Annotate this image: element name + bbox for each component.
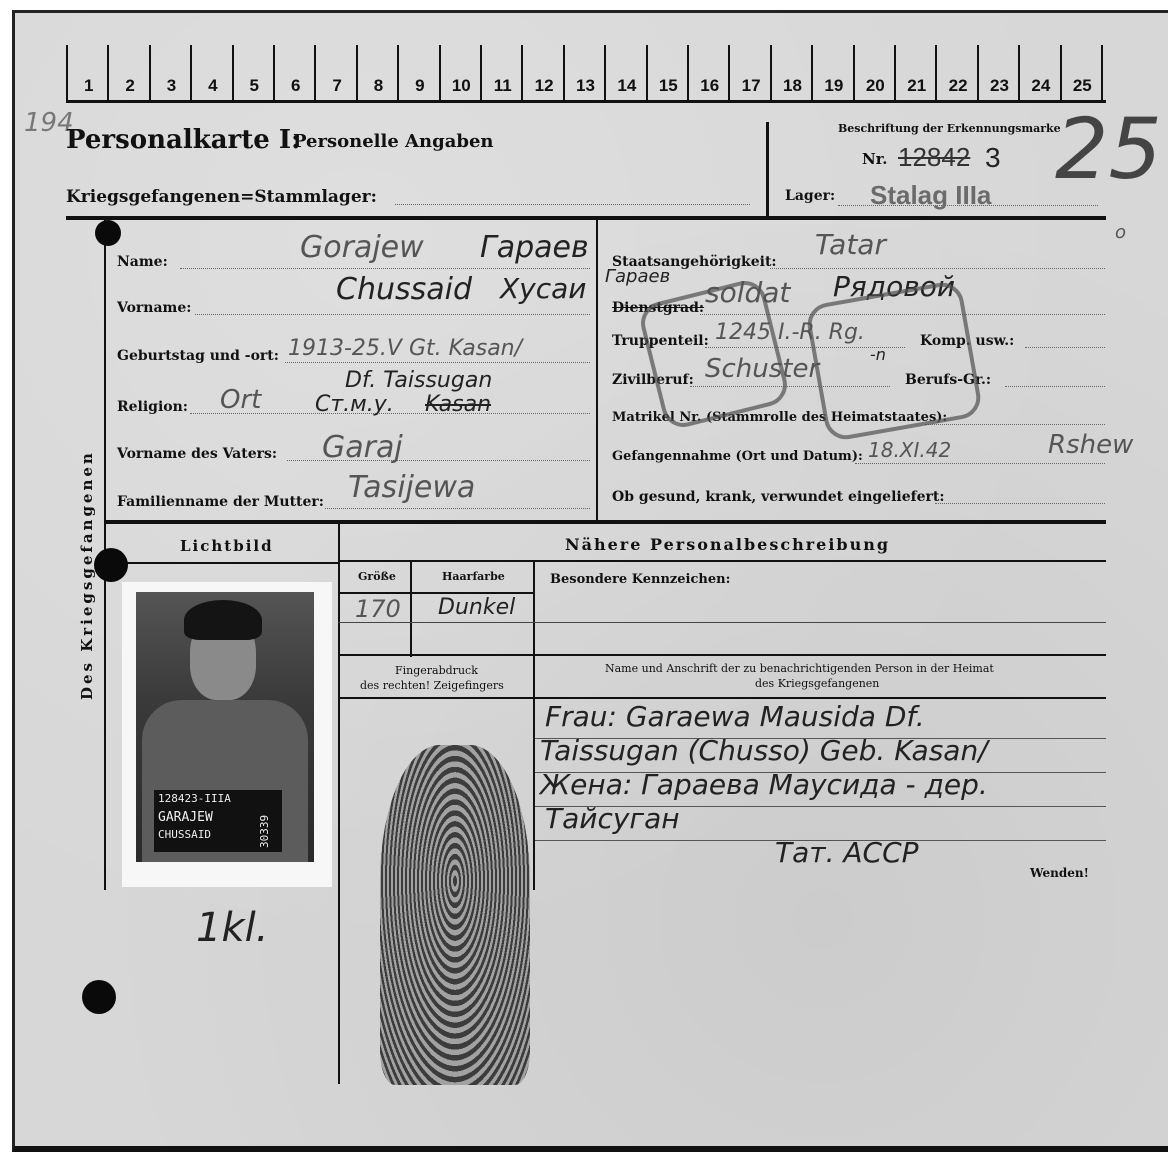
berufs-line xyxy=(1005,386,1105,387)
ruler-cell: 22 xyxy=(935,45,978,100)
mutter-line xyxy=(325,508,590,509)
ruler-number: 6 xyxy=(275,76,316,96)
card-subtitle: Personelle Angaben xyxy=(293,131,494,152)
gesund-line xyxy=(935,503,1105,504)
ruler-number: 8 xyxy=(358,76,399,96)
fingerprint xyxy=(380,745,530,1085)
lichtbild-rule xyxy=(104,562,338,564)
punch-hole xyxy=(82,980,116,1014)
lager-stamp: Stalag IIIa xyxy=(870,180,991,211)
gefangennahme-place: Rshew xyxy=(1048,430,1133,460)
gefangennahme-label: Gefangennahme (Ort und Datum): xyxy=(612,449,863,464)
ruler-number: 20 xyxy=(855,76,896,96)
ruler-number: 1 xyxy=(68,76,109,96)
ruler-cell: 7 xyxy=(314,45,357,100)
ruler-cell: 10 xyxy=(439,45,482,100)
ruler-cell: 3 xyxy=(149,45,192,100)
ruler-end xyxy=(1101,45,1103,100)
kennzeichen-label: Besondere Kennzeichen: xyxy=(550,572,730,587)
staats-line xyxy=(770,268,1105,269)
vater-value: Garaj xyxy=(322,430,403,465)
groesse-label: Größe xyxy=(358,570,396,583)
ruler-cell: 2 xyxy=(107,45,150,100)
bottom-note: 1kl. xyxy=(196,905,268,951)
vater-label: Vorname des Vaters: xyxy=(117,446,277,462)
ruler-cell: 12 xyxy=(521,45,564,100)
vorname-value: Chussaid xyxy=(336,272,472,307)
groesse-header-rule xyxy=(338,592,533,594)
ruler-cell: 14 xyxy=(604,45,647,100)
ruler-cell: 18 xyxy=(770,45,813,100)
geburt-value-line2: Df. Taissugan xyxy=(345,368,492,393)
mutter-value: Tasijewa xyxy=(348,470,475,505)
geburt-line xyxy=(285,362,590,363)
ruler-number: 18 xyxy=(772,76,813,96)
ruler-cell: 21 xyxy=(894,45,937,100)
ruler-cell: 23 xyxy=(977,45,1020,100)
section-title-rule xyxy=(338,560,1106,562)
photo-column-divider xyxy=(338,524,340,1084)
ruler-cell: 13 xyxy=(563,45,606,100)
photo-hair xyxy=(184,600,262,640)
ruler-number: 11 xyxy=(482,76,523,96)
contact-heading-1: Name und Anschrift der zu benachrichtige… xyxy=(605,662,994,675)
ruler-number: 15 xyxy=(648,76,689,96)
ruler-cell: 4 xyxy=(190,45,233,100)
ruler-number: 17 xyxy=(730,76,771,96)
ruler-number: 12 xyxy=(523,76,564,96)
header-bottom-rule xyxy=(66,216,1106,220)
komp-line xyxy=(1025,347,1105,348)
erkennungsmarke-label: Beschriftung der Erkennungsmarke xyxy=(838,122,1061,135)
vorname-value-cyrillic: Хусаи xyxy=(500,272,587,305)
contact-line: Жена: Гараева Маусида - дер. xyxy=(540,768,988,801)
religion-struck: Kasan xyxy=(425,392,491,417)
ruler-cell: 1 xyxy=(66,45,109,100)
vorname-line xyxy=(195,314,590,315)
side-label: Des Kriegsgefangenen xyxy=(78,450,96,700)
board-side: 30339 xyxy=(258,815,271,848)
ruler-number: 10 xyxy=(441,76,482,96)
contact-heading-2: des Kriegsgefangenen xyxy=(755,677,879,690)
ruler-cell: 20 xyxy=(853,45,896,100)
ruler-cell: 6 xyxy=(273,45,316,100)
ruler-number: 9 xyxy=(399,76,440,96)
geburt-label: Geburtstag und -ort: xyxy=(117,348,279,364)
ruler-number: 5 xyxy=(234,76,275,96)
groesse-value: 170 xyxy=(355,595,401,623)
lichtbild-label: Lichtbild xyxy=(180,537,274,555)
header-divider xyxy=(766,122,769,220)
board-line-1: 128423-IIIA xyxy=(158,792,231,805)
ruler-cell: 15 xyxy=(646,45,689,100)
ruler-number: 22 xyxy=(937,76,978,96)
groesse-divider xyxy=(410,562,412,657)
stammlager-label: Kriegsgefangenen=Stammlager: xyxy=(66,187,377,207)
prisoner-photo: 128423-IIIA GARAJEW CHUSSAID 30339 xyxy=(136,592,314,862)
gefangennahme-value: 18.XI.42 xyxy=(868,438,951,462)
name-value: Gorajew xyxy=(300,230,424,265)
nr-label: Nr. xyxy=(862,150,887,168)
name-label: Name: xyxy=(117,254,168,270)
name-value-cyrillic: Гараев xyxy=(480,230,589,265)
ruler-number: 25 xyxy=(1062,76,1103,96)
mutter-label: Familienname der Mutter: xyxy=(117,494,324,510)
contact-line: Тат. АССР xyxy=(775,836,919,869)
punch-hole xyxy=(95,220,121,246)
stamp-outline-2 xyxy=(804,279,984,442)
ruler-cell: 17 xyxy=(728,45,771,100)
ruler-number: 24 xyxy=(1020,76,1061,96)
ruler-cell: 11 xyxy=(480,45,523,100)
wenden-label: Wenden! xyxy=(1030,866,1089,880)
ruler-number: 19 xyxy=(813,76,854,96)
board-line-3: CHUSSAID xyxy=(158,828,211,841)
corner-number: 25 xyxy=(1055,100,1162,198)
ruler-number: 13 xyxy=(565,76,606,96)
lager-label: Lager: xyxy=(785,188,835,204)
ruler-number: 16 xyxy=(689,76,730,96)
haarfarbe-value: Dunkel xyxy=(438,595,515,620)
nr-value-struck: 12842 xyxy=(898,142,970,173)
ruler-number: 23 xyxy=(979,76,1020,96)
fingerabdruck-label-1: Fingerabdruck xyxy=(395,664,478,677)
religion-value: Ort xyxy=(220,385,261,415)
ruler-number: 4 xyxy=(192,76,233,96)
stammlager-line xyxy=(395,204,750,205)
geburt-value: 1913-25.V Gt. Kasan/ xyxy=(288,336,522,361)
section-title: Nähere Personalbeschreibung xyxy=(565,535,890,554)
ruler-number: 21 xyxy=(896,76,937,96)
board-line-2: GARAJEW xyxy=(158,810,213,825)
fingerabdruck-label-2: des rechten! Zeigefingers xyxy=(360,679,504,692)
personal-bottom-rule xyxy=(104,520,1106,524)
contact-line: Frau: Garaewa Mausida Df. xyxy=(545,700,925,733)
corner-mark: o xyxy=(1115,222,1126,243)
ruler-cell: 16 xyxy=(687,45,730,100)
ruler-cell: 19 xyxy=(811,45,854,100)
punch-hole xyxy=(94,548,128,582)
vorname-label: Vorname: xyxy=(117,300,191,316)
ruler-baseline xyxy=(66,100,1106,103)
kennzeichen-bottom-rule xyxy=(338,654,1106,656)
ruler-cell: 25 xyxy=(1060,45,1103,100)
gefangennahme-line xyxy=(855,463,1105,464)
name-line xyxy=(180,268,590,269)
contact-heading-rule xyxy=(338,697,1106,699)
ruler-cell: 8 xyxy=(356,45,399,100)
haarfarbe-label: Haarfarbe xyxy=(442,570,505,583)
groesse-row-rule xyxy=(338,622,1106,623)
religion-extra: Ст.м.у. xyxy=(315,392,394,417)
ruler-cell: 24 xyxy=(1018,45,1061,100)
ruler-cell: 9 xyxy=(397,45,440,100)
gesund-label: Ob gesund, krank, verwundet eingeliefert… xyxy=(612,489,945,505)
ruler-number: 14 xyxy=(606,76,647,96)
contact-line: Тайсуган xyxy=(545,802,680,835)
nr-corrected-digit: 3 xyxy=(985,142,1001,174)
ruler-number: 7 xyxy=(316,76,357,96)
ruler-cell: 5 xyxy=(232,45,275,100)
religion-label: Religion: xyxy=(117,399,188,415)
card-title: Personalkarte I: xyxy=(66,125,301,155)
middle-divider xyxy=(596,220,598,520)
matrikel-line xyxy=(925,424,1105,425)
id-board: 128423-IIIA GARAJEW CHUSSAID 30339 xyxy=(154,790,282,852)
staats-overwrite: Гараев xyxy=(605,266,670,287)
staats-value: Tatar xyxy=(815,228,886,261)
ruler-number: 2 xyxy=(109,76,150,96)
ruler-number: 3 xyxy=(151,76,192,96)
contact-line: Taissugan (Chusso) Geb. Kasan/ xyxy=(540,734,988,767)
photo-frame: 128423-IIIA GARAJEW CHUSSAID 30339 xyxy=(122,582,332,887)
